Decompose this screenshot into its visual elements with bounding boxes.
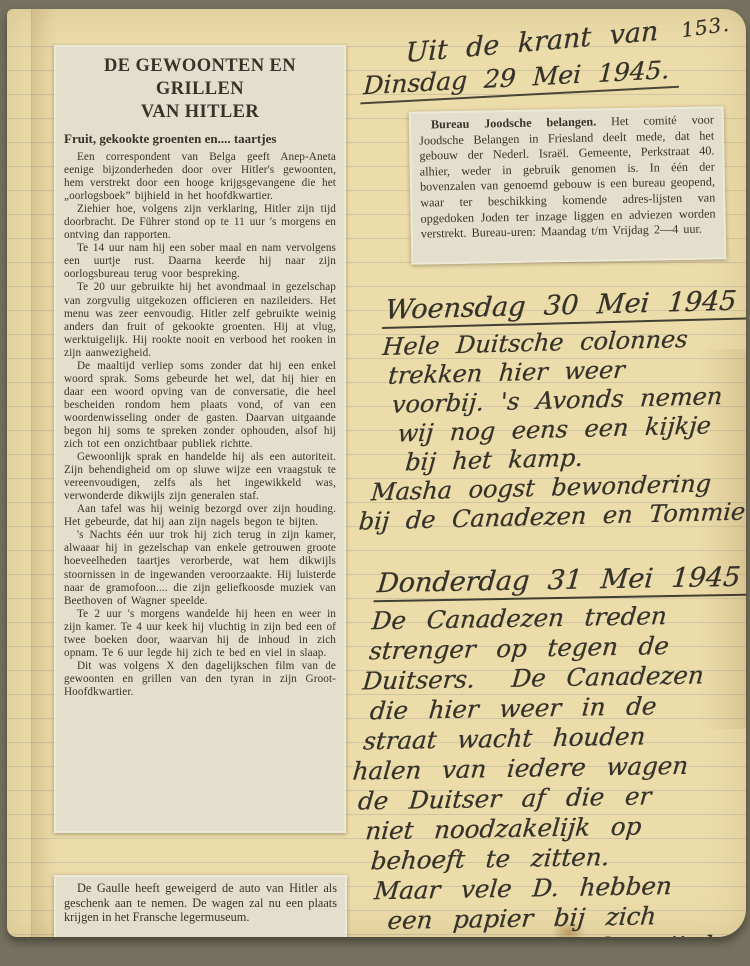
clipping-paragraph: Te 14 uur nam hij een sober maal en nam …	[64, 242, 336, 281]
clipping-paragraph: De maaltijd verliep soms zonder dat hij …	[64, 360, 336, 451]
clipping-lead-in: Bureau Joodsche belangen.	[431, 114, 597, 131]
clipping-headline: DE GEWOONTEN EN GRILLEN VAN HITLER	[64, 51, 336, 124]
clipping-paragraph: Een correspondent van Belga geeft Anep-A…	[64, 151, 336, 203]
clipping-paragraph: Aan tafel was hij weinig bezorgd over zi…	[64, 503, 336, 529]
clipping-paragraph: De Gaulle heeft geweigerd de auto van Hi…	[64, 881, 337, 925]
notebook-paper-page: 153. Uit de krant van Dinsdag 29 Mei 194…	[7, 9, 746, 937]
clipping-paragraph: 's Nachts één uur trok hij zich terug in…	[64, 529, 336, 607]
clipping-paragraph: Te 2 uur 's morgens wandelde hij heen en…	[64, 608, 336, 660]
scrapbook-scan: { "page": { "number": "153." }, "caption…	[0, 0, 750, 966]
newspaper-clipping-hitler-habits: DE GEWOONTEN EN GRILLEN VAN HITLER Fruit…	[54, 45, 346, 833]
diary-entry-body: Hele Duitsche colonnes trekken hier weer…	[366, 323, 746, 537]
clipping-paragraph: Dit was volgens X den dagelijkschen film…	[64, 660, 336, 699]
clipping-paragraph: Bureau Joodsche belangen. Het comité voo…	[419, 112, 716, 242]
clipping-paragraph: Te 20 uur gebruikte hij het avondmaal in…	[64, 281, 336, 359]
diary-entry-thursday: Donderdag 31 Mei 1945 De Canadezen trede…	[342, 561, 746, 937]
clipping-paragraph: Gewoonlijk sprak en handelde hij als een…	[64, 451, 336, 503]
diary-entry-body: De Canadezen treden strenger op tegen de…	[342, 599, 746, 937]
newspaper-clipping-degaulle-auto: De Gaulle heeft geweigerd de auto van Hi…	[54, 875, 347, 937]
diary-entry-heading: Donderdag 31 Mei 1945	[373, 562, 746, 603]
clipping-body-text: Het comité voor Joodsche Belangen in Fri…	[419, 112, 716, 240]
clipping-subtitle: Fruit, gekookte groenten en.... taartjes	[64, 131, 336, 147]
newspaper-clipping-bureau-joodsche-belangen: Bureau Joodsche belangen. Het comité voo…	[409, 106, 727, 264]
clipping-headline-line2: VAN HITLER	[64, 101, 336, 124]
clipping-headline-line1: DE GEWOONTEN EN GRILLEN	[64, 55, 336, 101]
diary-entry-wednesday: Woensdag 30 Mei 1945 Hele Duitsche colon…	[366, 285, 746, 537]
clipping-paragraph: Ziehier hoe, volgens zijn verklaring, Hi…	[64, 203, 336, 242]
